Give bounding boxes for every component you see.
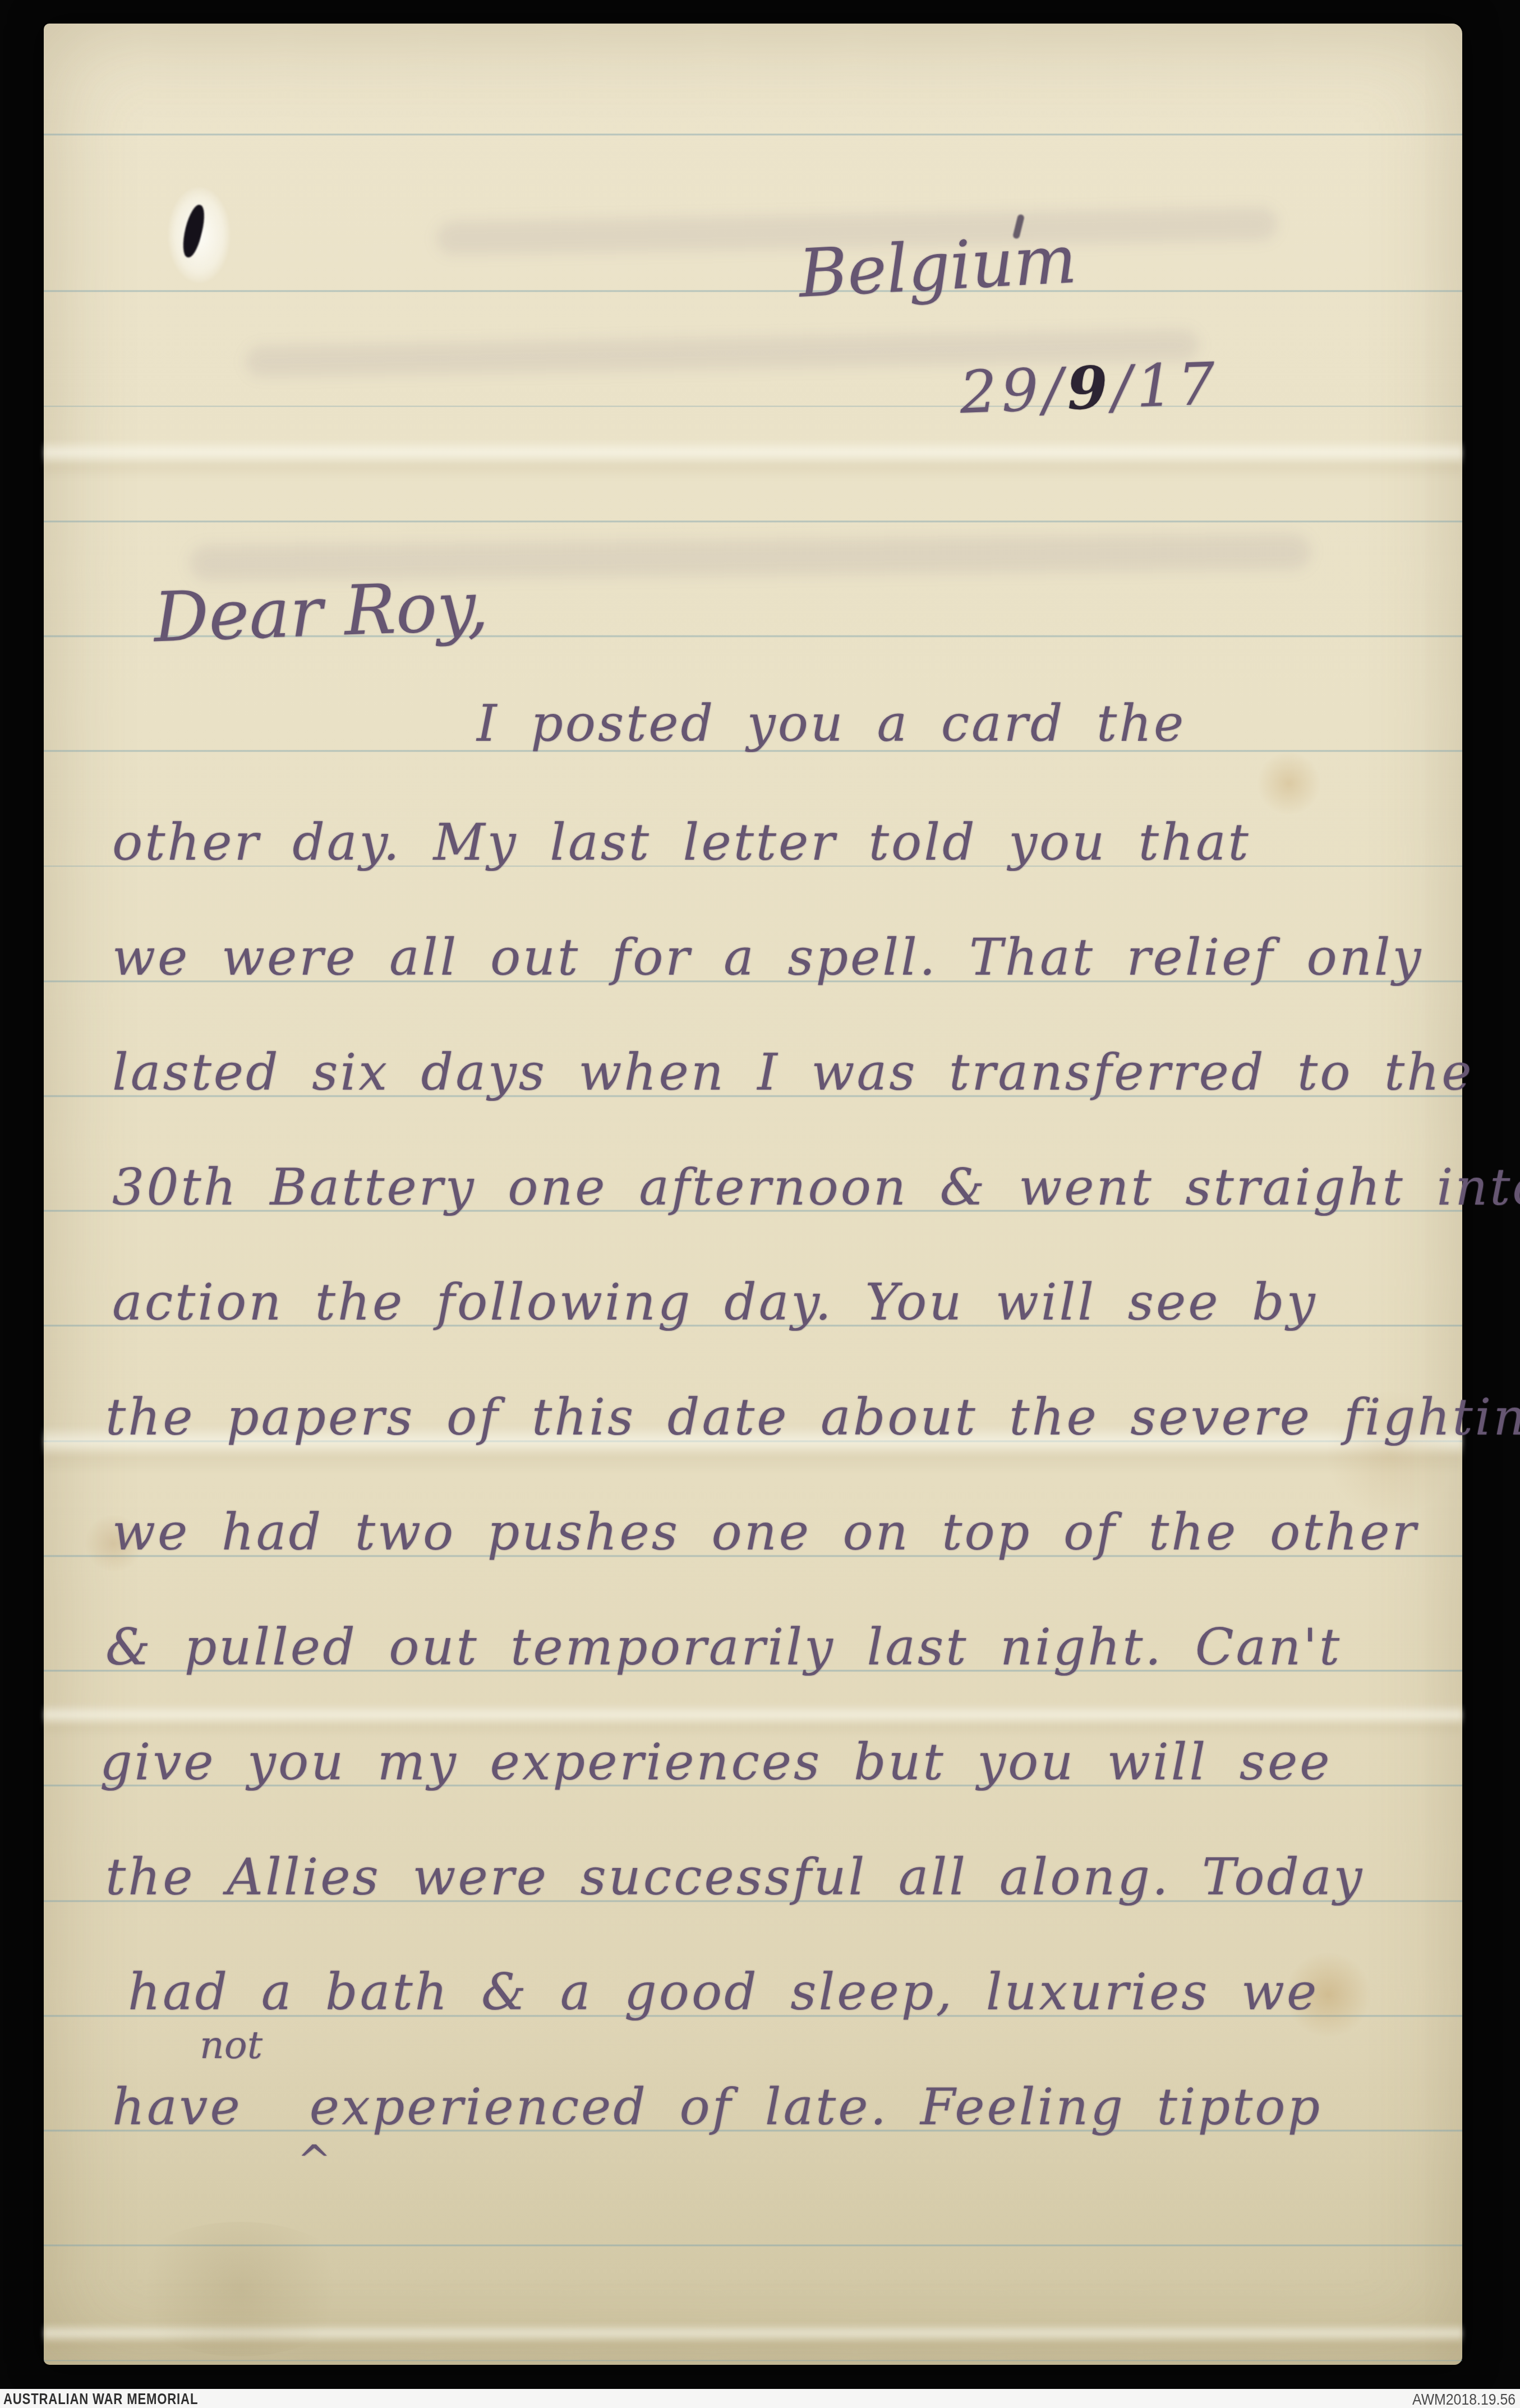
inserted-word: not xyxy=(200,2023,262,2068)
letter-line: give you my experiences but you will see xyxy=(100,1733,1332,1800)
footer-bar: AUSTRALIAN WAR MEMORIAL AWM2018.19.56 xyxy=(0,2389,1520,2408)
letter-line: I posted you a card the xyxy=(477,694,1186,762)
stain xyxy=(1255,753,1323,814)
date-part: /17 xyxy=(1111,349,1221,422)
last-line-pre: have xyxy=(112,2078,242,2137)
letter-heading-date: 29/9/17 xyxy=(959,349,1220,427)
letter-line: had a bath & a good sleep, luxuries we xyxy=(128,1963,1319,2030)
letter-line: lasted six days when I was transferred t… xyxy=(112,1043,1473,1110)
letter-line: & pulled out temporarily last night. Can… xyxy=(105,1618,1342,1685)
footer-right-label: AWM2018.19.56 xyxy=(1412,2391,1516,2408)
letter-heading-place: Belgium xyxy=(797,220,1079,312)
scan-background: Belgium 29/9/17 Dear Roy, I posted you a… xyxy=(0,0,1520,2408)
letter-line: we were all out for a spell. That relief… xyxy=(112,928,1423,995)
last-line: haveexperienced of late. Feeling tiptop xyxy=(112,2078,1322,2145)
crease xyxy=(44,1704,1462,1737)
letter-line: the papers of this date about the severe… xyxy=(105,1388,1520,1455)
salutation: Dear Roy, xyxy=(153,566,490,658)
footer-left-label: AUSTRALIAN WAR MEMORIAL xyxy=(3,2391,198,2408)
letter-page: Belgium 29/9/17 Dear Roy, I posted you a… xyxy=(44,24,1462,2365)
date-part-overwritten: 9 xyxy=(1066,353,1113,423)
date-part: 29/ xyxy=(959,354,1068,427)
letter-line: other day. My last letter told you that xyxy=(112,813,1251,880)
letter-line: we had two pushes one on top of the othe… xyxy=(112,1503,1418,1570)
letter-line: action the following day. You will see b… xyxy=(112,1273,1318,1340)
letter-line: the Allies were successful all along. To… xyxy=(105,1848,1364,1915)
letter-line: 30th Battery one afternoon & went straig… xyxy=(112,1158,1520,1225)
stain xyxy=(122,2222,358,2356)
crease xyxy=(44,440,1462,479)
last-line-post: experienced of late. Feeling tiptop xyxy=(310,2078,1322,2137)
